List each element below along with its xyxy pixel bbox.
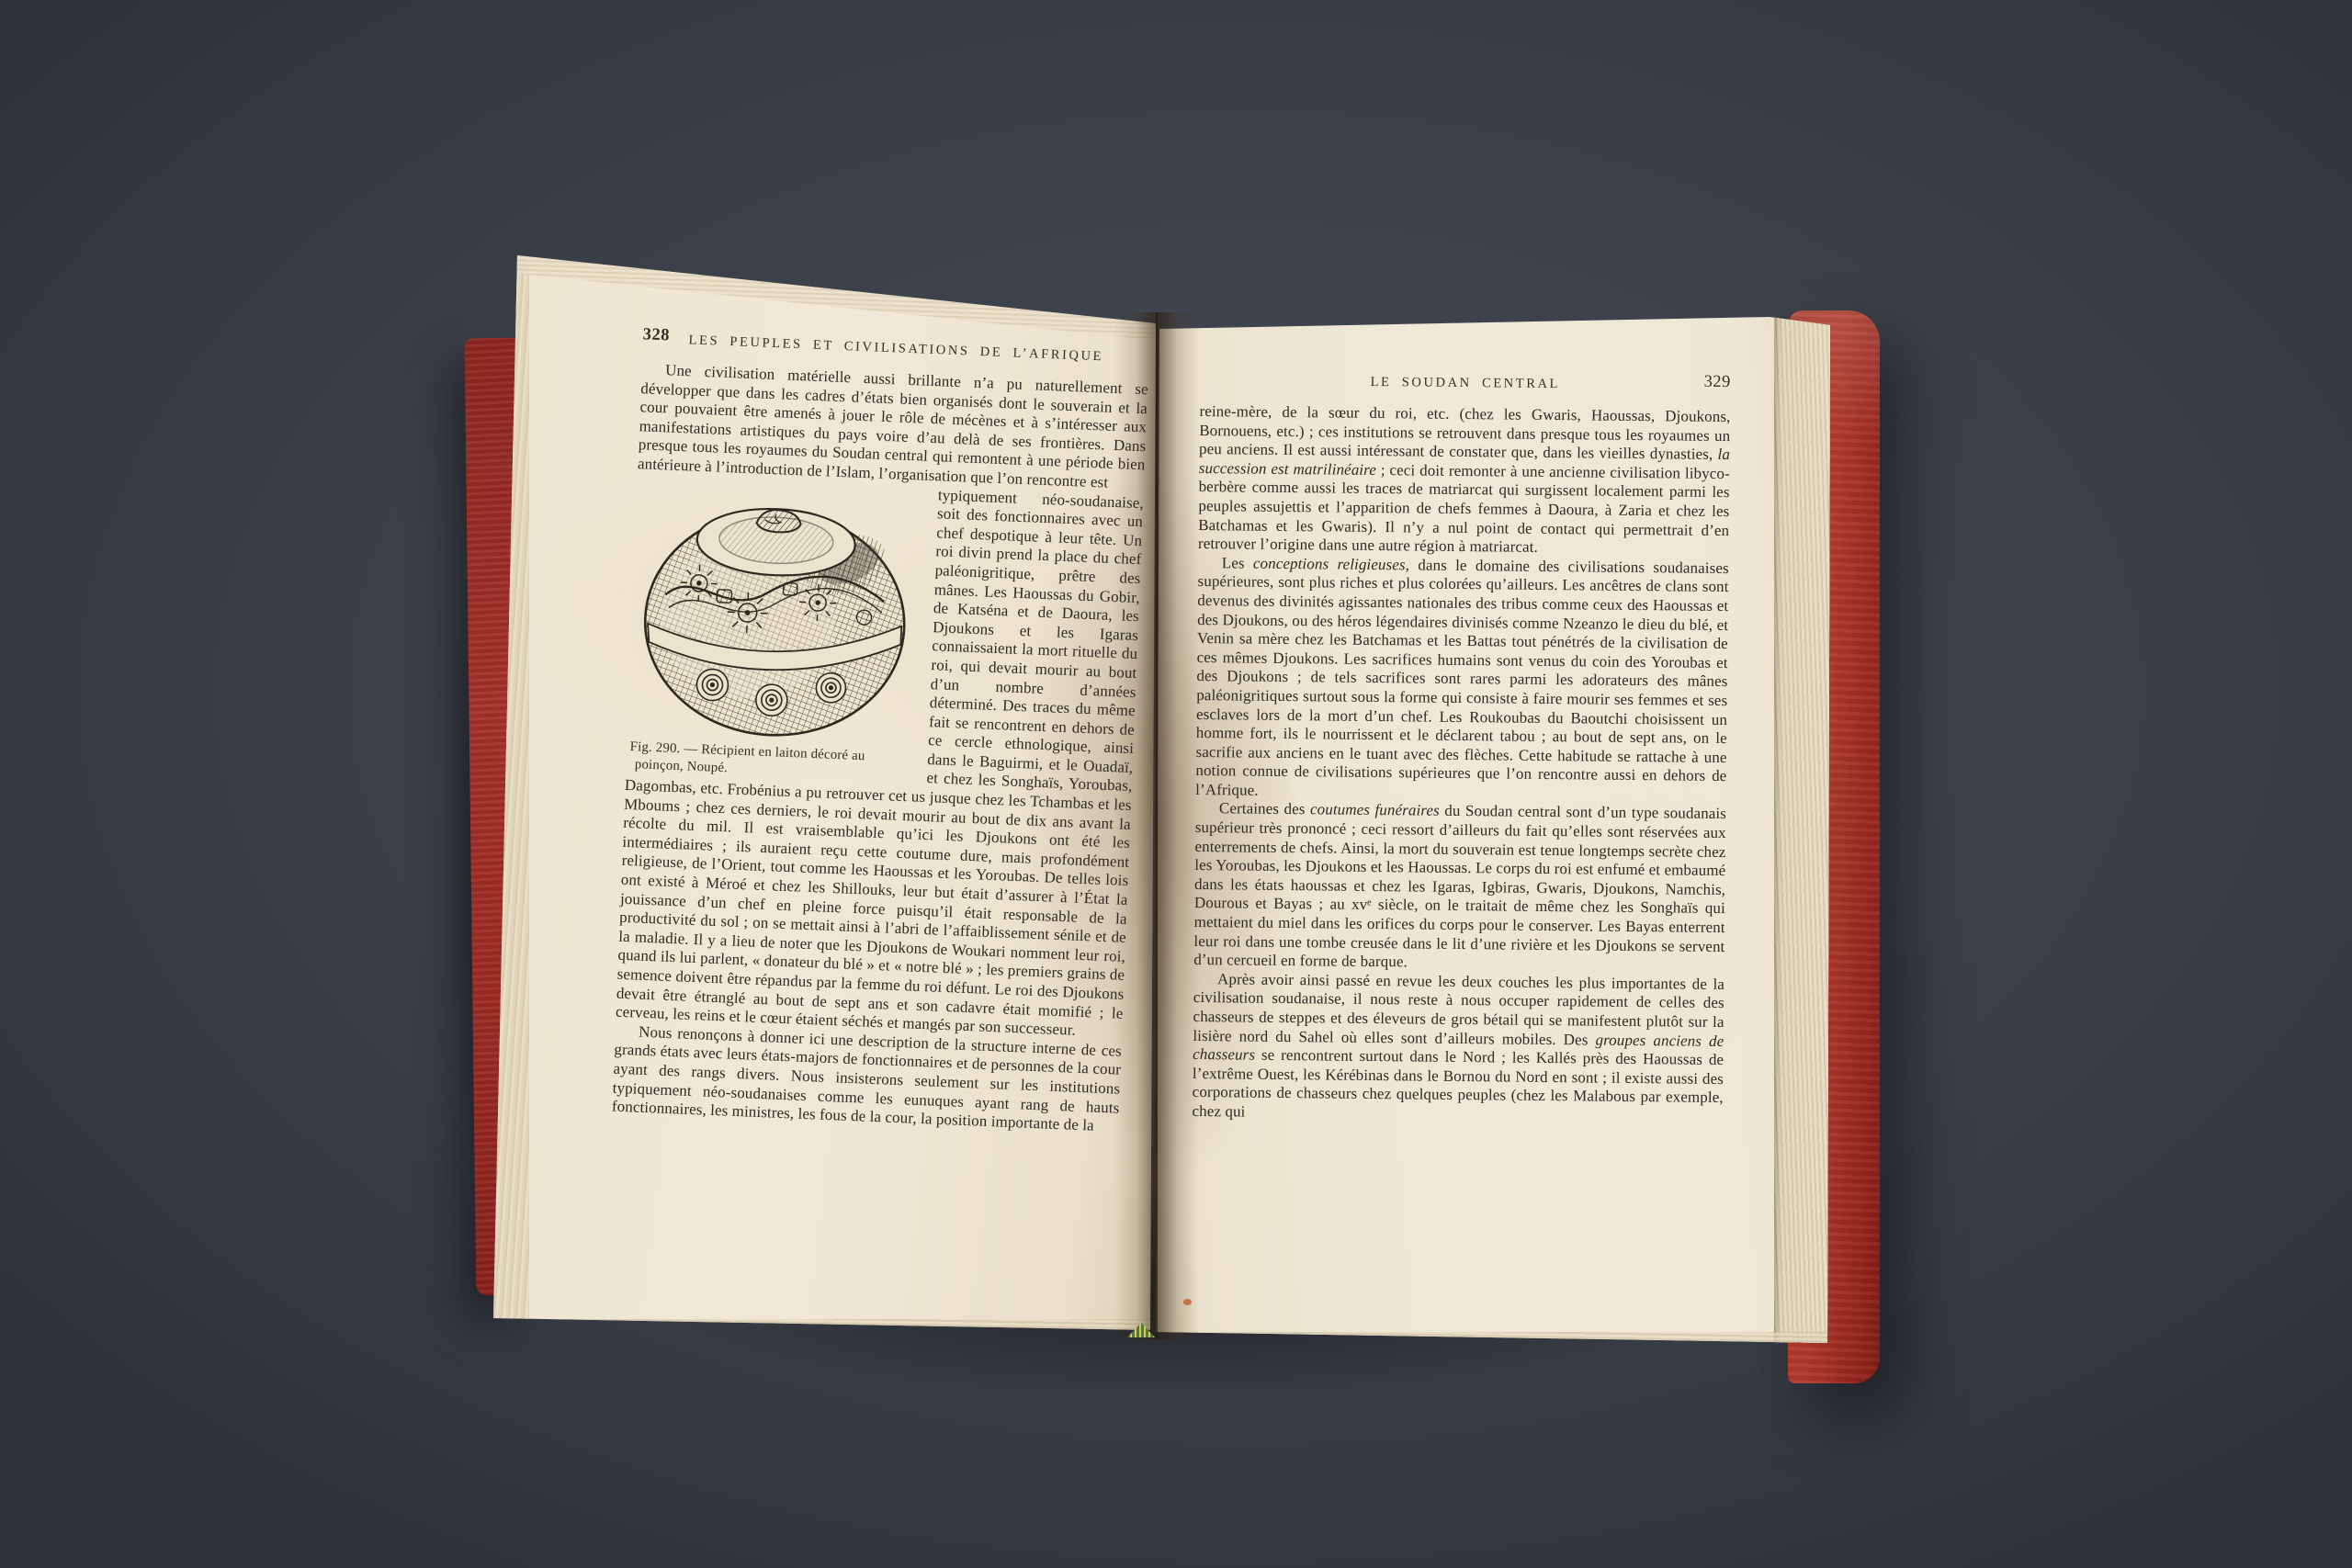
orange-speck xyxy=(1183,1299,1192,1305)
paragraph: reine-mère, de la sœur du roi, etc. (che… xyxy=(1198,402,1731,559)
paragraph: Certaines des coutumes funéraires du Sou… xyxy=(1193,799,1726,975)
paragraph-text: Certaines des xyxy=(1219,800,1310,818)
figure-block: Fig. 290. — Récipient en laiton décoré a… xyxy=(626,478,924,784)
left-page-top-sheet-edges xyxy=(503,250,1163,341)
paragraph: Une civilisation matérielle aussi brilla… xyxy=(638,360,1149,494)
paragraph: Après avoir ainsi passé en revue les deu… xyxy=(1192,970,1724,1127)
left-page-text: 328 LES PEUPLES ET CIVILISATIONS DE L’AF… xyxy=(612,325,1150,1136)
paragraph-text: du Soudan central sont d’un type soudana… xyxy=(1193,802,1726,970)
paragraph-text: , dans le domaine des civilisations soud… xyxy=(1195,556,1729,798)
paragraph-text: Les xyxy=(1222,554,1253,571)
right-page-header: LE SOUDAN CENTRAL 329 xyxy=(1200,367,1731,397)
italic-phrase: conceptions religieuses xyxy=(1253,554,1406,573)
page-number: 329 xyxy=(1704,373,1731,392)
running-head: LE SOUDAN CENTRAL xyxy=(1200,367,1731,396)
brass-vessel-engraving xyxy=(632,478,918,742)
paragraph-text: se rencontrent surtout dans le Nord ; le… xyxy=(1192,1046,1724,1121)
paragraph-text: reine-mère, de la sœur du roi, etc. (che… xyxy=(1199,402,1731,463)
photo-backdrop: 328 LES PEUPLES ET CIVILISATIONS DE L’AF… xyxy=(0,0,2352,1568)
paragraph: Fig. 290. — Récipient en laiton décoré a… xyxy=(616,474,1145,1043)
italic-phrase: coutumes funéraires xyxy=(1310,801,1440,819)
right-page-fore-edge xyxy=(1774,309,1833,1347)
page-number: 328 xyxy=(642,325,670,345)
right-page-text: LE SOUDAN CENTRAL 329 reine-mère, de la … xyxy=(1192,367,1731,1127)
paragraph: Les conceptions religieuses, dans le dom… xyxy=(1195,554,1729,806)
